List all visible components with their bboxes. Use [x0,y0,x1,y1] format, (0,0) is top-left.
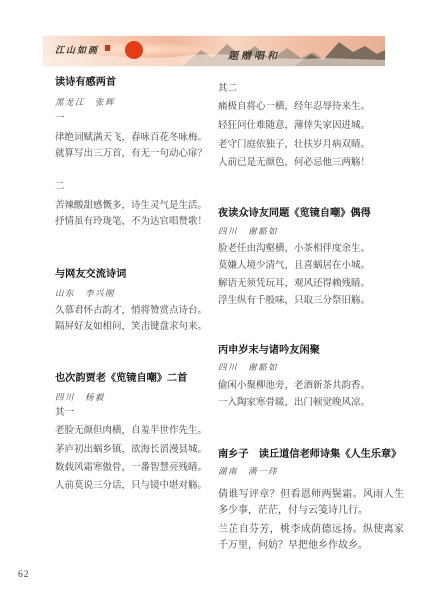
verse-line: 老脸无颜但肉横，自羞半世作先生。 [55,423,215,439]
verse-line: 律绝词赋满天飞，春咏百花冬咏梅。 [55,130,215,146]
poem-author: 山东 李兴刚 [55,287,215,299]
verse-line: 苦辣酸甜感慨多，诗生灵气是生活。 [55,198,215,214]
poem-title: 也次韵贾老《览镜自嘲》二首 [55,372,215,386]
verse-line: 久慕君怀古韵才，悄将赞赏点诗台。 [55,303,215,319]
verse-line: 脸老任由沟壑横，小茶相伴度余生。 [218,241,404,257]
verse-line: 轻狂问仕难随意，薄倖失家因进城。 [218,118,404,134]
verse-line: 就算写出三万首，有无一句动心扉？ [55,146,215,162]
stanza-label: 其二 [218,82,404,96]
header-banner: 江山如画 题赠唱和 [43,36,385,66]
verse-line: 隔屏好友如相问，笑击键盘求句来。 [55,319,215,335]
poem-title: 丙申岁末与诸吟友闲聚 [218,344,404,358]
page-number: 62 [18,570,30,580]
stanza-label: 一 [55,112,215,126]
banner-calligraphy: 江山如画 [55,43,99,56]
sun-icon [125,41,143,59]
verse-line: 莫嫌人境少清气，且喜蜗居在小城。 [218,258,404,274]
ci-paragraph: 兰芷自芬芳，桃李成荫德远扬。纵使离家千万里，何妨？早把他乡作故乡。 [218,522,404,554]
verse-line: 痛极自将心一横，经年忍辱待来生。 [218,99,404,115]
verse-line: 数载风霜寒傲骨，一番智慧亮残睛。 [55,460,215,476]
poem-title: 夜读众诗友同题《览镜自嘲》偶得 [218,207,404,221]
journal-page: 江山如画 题赠唱和 读诗有感两首 黑龙江 张辉 一 律绝词赋满天飞，春咏百花冬咏… [0,0,427,600]
poem-author: 湖南 满一玮 [218,465,404,477]
poem-title: 读诗有感两首 [55,76,215,90]
verse-line: 人前莫说三分话，只与镜中堪对觞。 [55,478,215,494]
poem-author: 四川 杨毅 [55,391,215,403]
verse-line: 偷闲小聚柳池旁，老酒新茶共韵香。 [218,378,404,394]
poem-author: 四川 谢豁如 [218,225,404,237]
poem-title: 南乡子 读丘道信老师诗集《人生乐章》 [218,448,404,462]
stanza-label: 其一 [55,406,215,420]
poem-title: 与网友交流诗词 [55,268,215,282]
section-title: 题赠唱和 [228,47,280,62]
stanza-label: 二 [55,180,215,194]
verse-line: 浮生纵有千般味，只取三分祭旧觞。 [218,293,404,309]
poem-author: 四川 谢豁如 [218,361,404,373]
poem-author: 黑龙江 张辉 [55,96,215,108]
verse-line: 一入陶家寒骨暖，出门顿觉晚风凉。 [218,395,404,411]
ci-paragraph: 倩谁写评章？但看恩师两鬓霜。风雨人生多少事，茫茫，付与云笺诗几行。 [218,487,404,519]
verse-line: 抒情虽有玲珑笔，不为达官唱赞歌！ [55,214,215,230]
left-column: 读诗有感两首 黑龙江 张辉 一 律绝词赋满天飞，春咏百花冬咏梅。 就算写出三万首… [55,76,215,494]
verse-line: 老守门庭依独子，壮扶岁月病双睛。 [218,137,404,153]
verse-line: 人前已是无颜色，何必忌他三两觞！ [218,155,404,171]
right-column: 其二 痛极自将心一横，经年忍辱待来生。 轻狂问仕难随意，薄倖失家因进城。 老守门… [218,76,404,554]
verse-line: 解语无须凭玩耳，观风还得赖残睛。 [218,276,404,292]
verse-line: 茅庐初出蜗乡镇，欲海长滔漫县城。 [55,442,215,458]
artist-seal-icon [105,45,110,51]
